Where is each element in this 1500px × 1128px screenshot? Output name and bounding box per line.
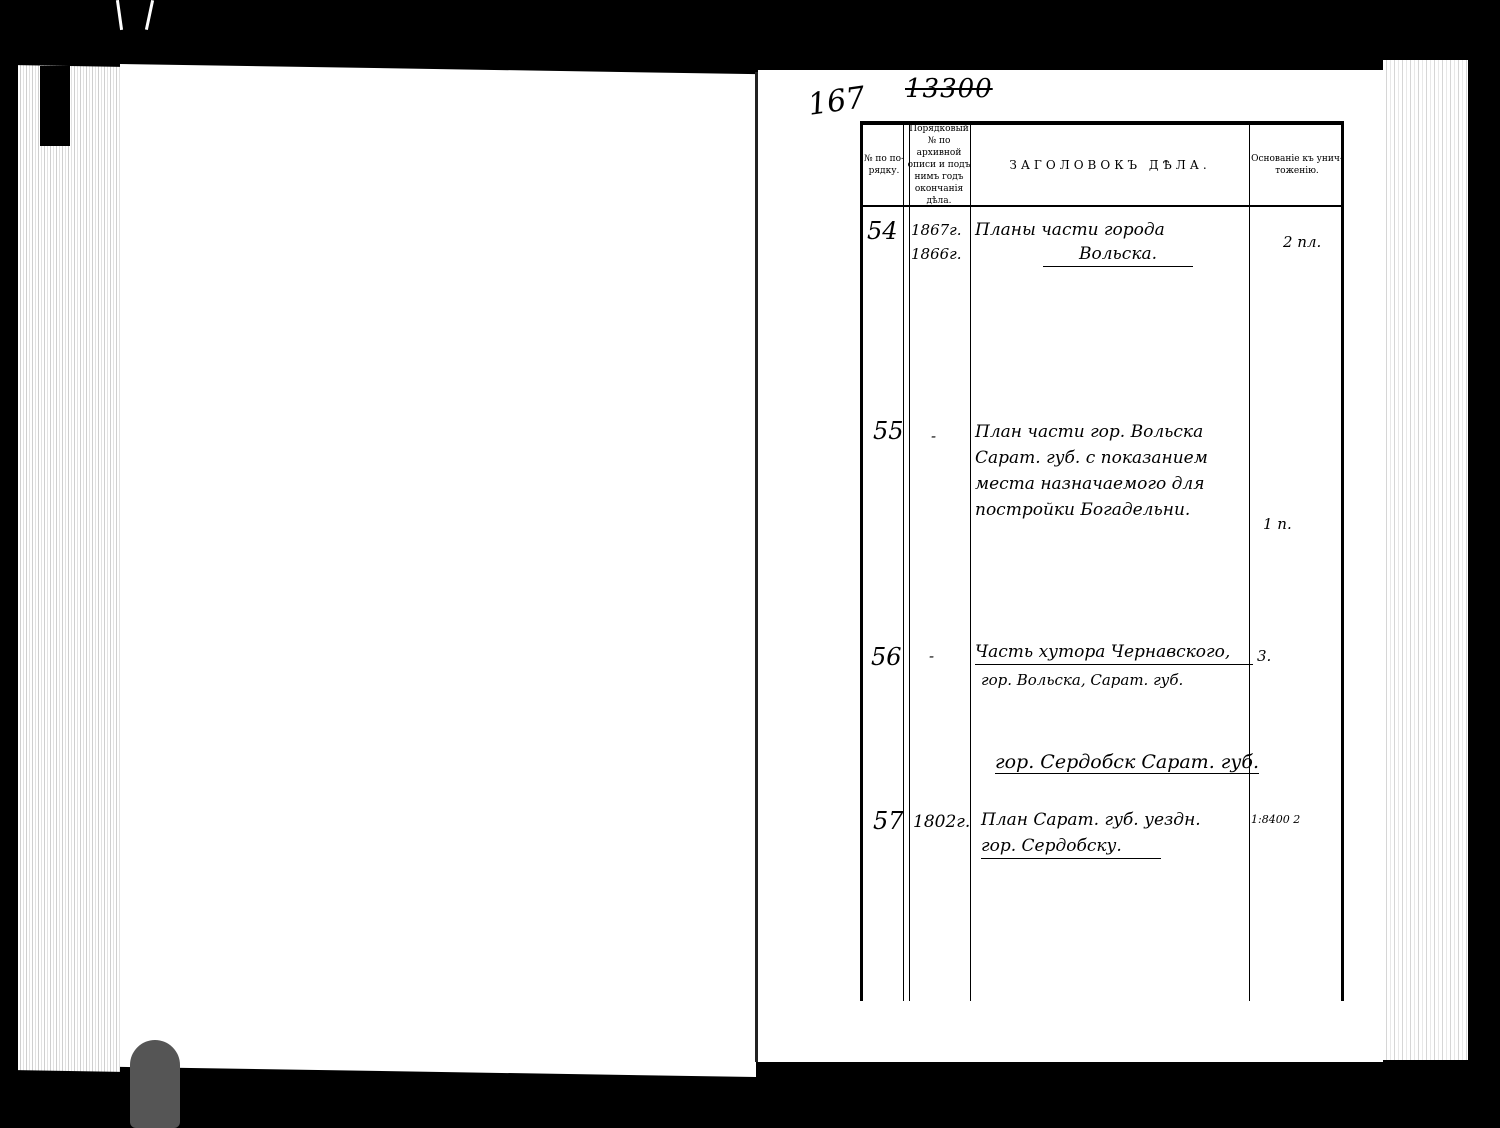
row-55-basis: 1 п. xyxy=(1263,515,1292,533)
header-title: ЗАГОЛОВОКЪ ДѢЛА. xyxy=(971,125,1249,205)
row-57-year: 1802г. xyxy=(913,811,970,833)
book-gutter xyxy=(755,72,758,1062)
row-55-title-4: постройки Богадельни. xyxy=(975,499,1190,522)
column-divider xyxy=(1249,125,1250,1001)
row-56-title-2: гор. Вольска, Сарат. губ. xyxy=(981,669,1183,692)
header-basis: Основаніе къ унич-тоженію. xyxy=(1251,125,1343,205)
row-56-basis: 3. xyxy=(1257,647,1271,665)
book-scan: 167 13300 № по по-рядку. Порядковый № по… xyxy=(0,0,1500,1128)
row-54-title-1: Планы части города xyxy=(975,219,1165,242)
left-page-blank xyxy=(120,64,756,1077)
row-55-seq: 55 xyxy=(873,417,904,445)
left-page-stack-edge xyxy=(18,65,120,1072)
row-55-title-1: План части гор. Вольска xyxy=(975,421,1203,444)
row-54-title-2: Вольска. xyxy=(1043,243,1193,267)
left-binding-tab xyxy=(40,66,70,146)
row-57-basis: 1:8400 2 xyxy=(1251,813,1341,826)
column-divider xyxy=(970,125,971,1001)
clip-mark xyxy=(145,0,154,30)
row-55-title-3: места назначаемого для xyxy=(975,473,1204,496)
holding-finger xyxy=(130,1040,180,1128)
row-57-seq: 57 xyxy=(873,807,904,835)
section-heading: гор. Сердобск Сарат. губ. xyxy=(995,751,1259,774)
row-54-year-1: 1867г. xyxy=(911,219,962,241)
row-54-seq: 54 xyxy=(867,217,898,245)
row-56-seq: 56 xyxy=(871,643,902,671)
row-55-archive: - xyxy=(931,425,936,447)
header-seq: № по по-рядку. xyxy=(863,125,905,205)
row-55-title-2: Сарат. губ. с показанием xyxy=(975,447,1208,470)
right-page-stack-edge xyxy=(1383,60,1468,1060)
column-divider xyxy=(909,125,910,1001)
row-54-basis: 2 пл. xyxy=(1283,233,1321,251)
row-57-title-1: План Сарат. губ. уездн. xyxy=(981,809,1201,832)
struck-out-number: 13300 xyxy=(905,74,993,104)
row-56-title-1: Часть хутора Чернавского, xyxy=(975,641,1253,665)
header-archive-no: Порядковый № по архивной описи и подъ ни… xyxy=(907,125,971,205)
register-table: № по по-рядку. Порядковый № по архивной … xyxy=(860,121,1344,1001)
column-divider xyxy=(903,125,904,1001)
clip-mark xyxy=(116,0,123,30)
row-56-archive: - xyxy=(929,645,934,667)
row-54-year-2: 1866г. xyxy=(911,243,962,265)
row-57-title-2: гор. Сердобску. xyxy=(981,835,1161,859)
